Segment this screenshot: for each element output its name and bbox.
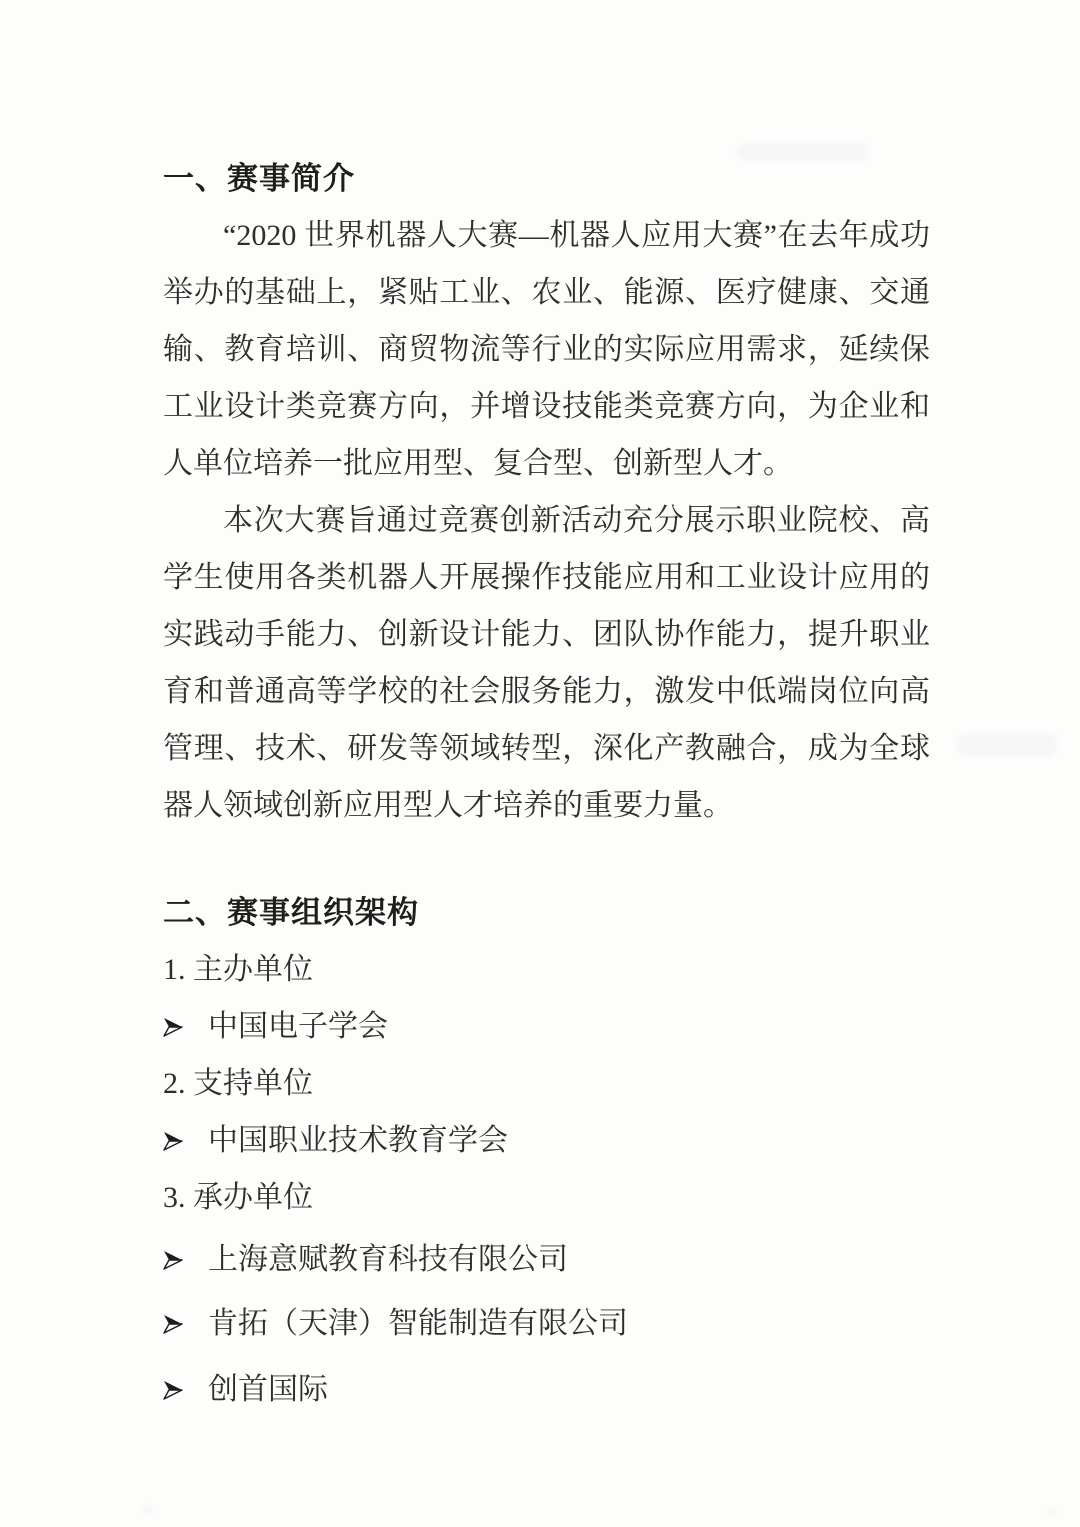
paragraph-line: 学生使用各类机器人开展操作技能应用和工业设计应用的 [163,549,930,606]
list-item-bullet: 中国职业技术教育学会 [163,1112,930,1169]
paragraph-line: 工业设计类竞赛方向，并增设技能类竞赛方向，为企业和用 [163,378,930,435]
arrow-bullet-icon [163,1380,184,1400]
paragraph-line: 本次大赛旨通过竞赛创新活动充分展示职业院校、高校 [163,492,930,549]
list-item-numbered: 3. 承办单位 [163,1169,930,1226]
arrow-bullet-icon [163,1314,184,1334]
bullet-item-label: 中国电子学会 [208,998,388,1055]
list-item-numbered: 2. 支持单位 [163,1055,930,1112]
numbered-item-label: 2. 支持单位 [163,1055,313,1112]
section-1-paragraph-1: “2020 世界机器人大赛—机器人应用大赛”在去年成功 举办的基础上，紧贴工业、… [163,207,930,492]
bullet-item-label: 中国职业技术教育学会 [208,1112,508,1169]
list-item-bullet: 上海意赋教育科技有限公司 [163,1231,930,1288]
numbered-item-label: 1. 主办单位 [163,941,313,998]
organization-list: 1. 主办单位 中国电子学会 2. 支持单位 中国职业技术教育学会 3. 承办单… [163,941,930,1418]
paragraph-line: “2020 世界机器人大赛—机器人应用大赛”在去年成功 [163,207,930,264]
bullet-item-label: 肯拓（天津）智能制造有限公司 [208,1295,628,1352]
arrow-bullet-icon [163,1017,184,1037]
scan-artifact [142,1506,152,1514]
scan-artifact [1048,1508,1056,1516]
arrow-bullet-icon [163,1250,184,1270]
list-item-numbered: 1. 主办单位 [163,941,930,998]
arrow-bullet-icon [163,1131,184,1151]
paragraph-line: 实践动手能力、创新设计能力、团队协作能力，提升职业教 [163,606,930,663]
bullet-item-label: 创首国际 [208,1361,328,1418]
paragraph-line: 管理、技术、研发等领域转型，深化产教融合，成为全球机 [163,720,930,777]
numbered-item-label: 3. 承办单位 [163,1169,313,1226]
document-page: 一、赛事简介 “2020 世界机器人大赛—机器人应用大赛”在去年成功 举办的基础… [0,0,1080,1527]
list-item-bullet: 创首国际 [163,1361,930,1418]
paragraph-line: 举办的基础上，紧贴工业、农业、能源、医疗健康、交通运 [163,264,930,321]
section-1-heading: 一、赛事简介 [163,150,930,207]
section-2-heading: 二、赛事组织架构 [163,884,930,941]
paragraph-line: 输、教育培训、商贸物流等行业的实际应用需求，延续保留 [163,321,930,378]
section-spacer [163,834,930,884]
bullet-item-label: 上海意赋教育科技有限公司 [208,1231,568,1288]
list-item-bullet: 肯拓（天津）智能制造有限公司 [163,1295,930,1352]
list-item-bullet: 中国电子学会 [163,998,930,1055]
paragraph-line: 器人领域创新应用型人才培养的重要力量。 [163,777,930,834]
section-1-paragraph-2: 本次大赛旨通过竞赛创新活动充分展示职业院校、高校 学生使用各类机器人开展操作技能… [163,492,930,834]
paragraph-line: 育和普通高等学校的社会服务能力，激发中低端岗位向高端 [163,663,930,720]
paragraph-line: 人单位培养一批应用型、复合型、创新型人才。 [163,435,930,492]
scan-artifact [957,734,1057,756]
